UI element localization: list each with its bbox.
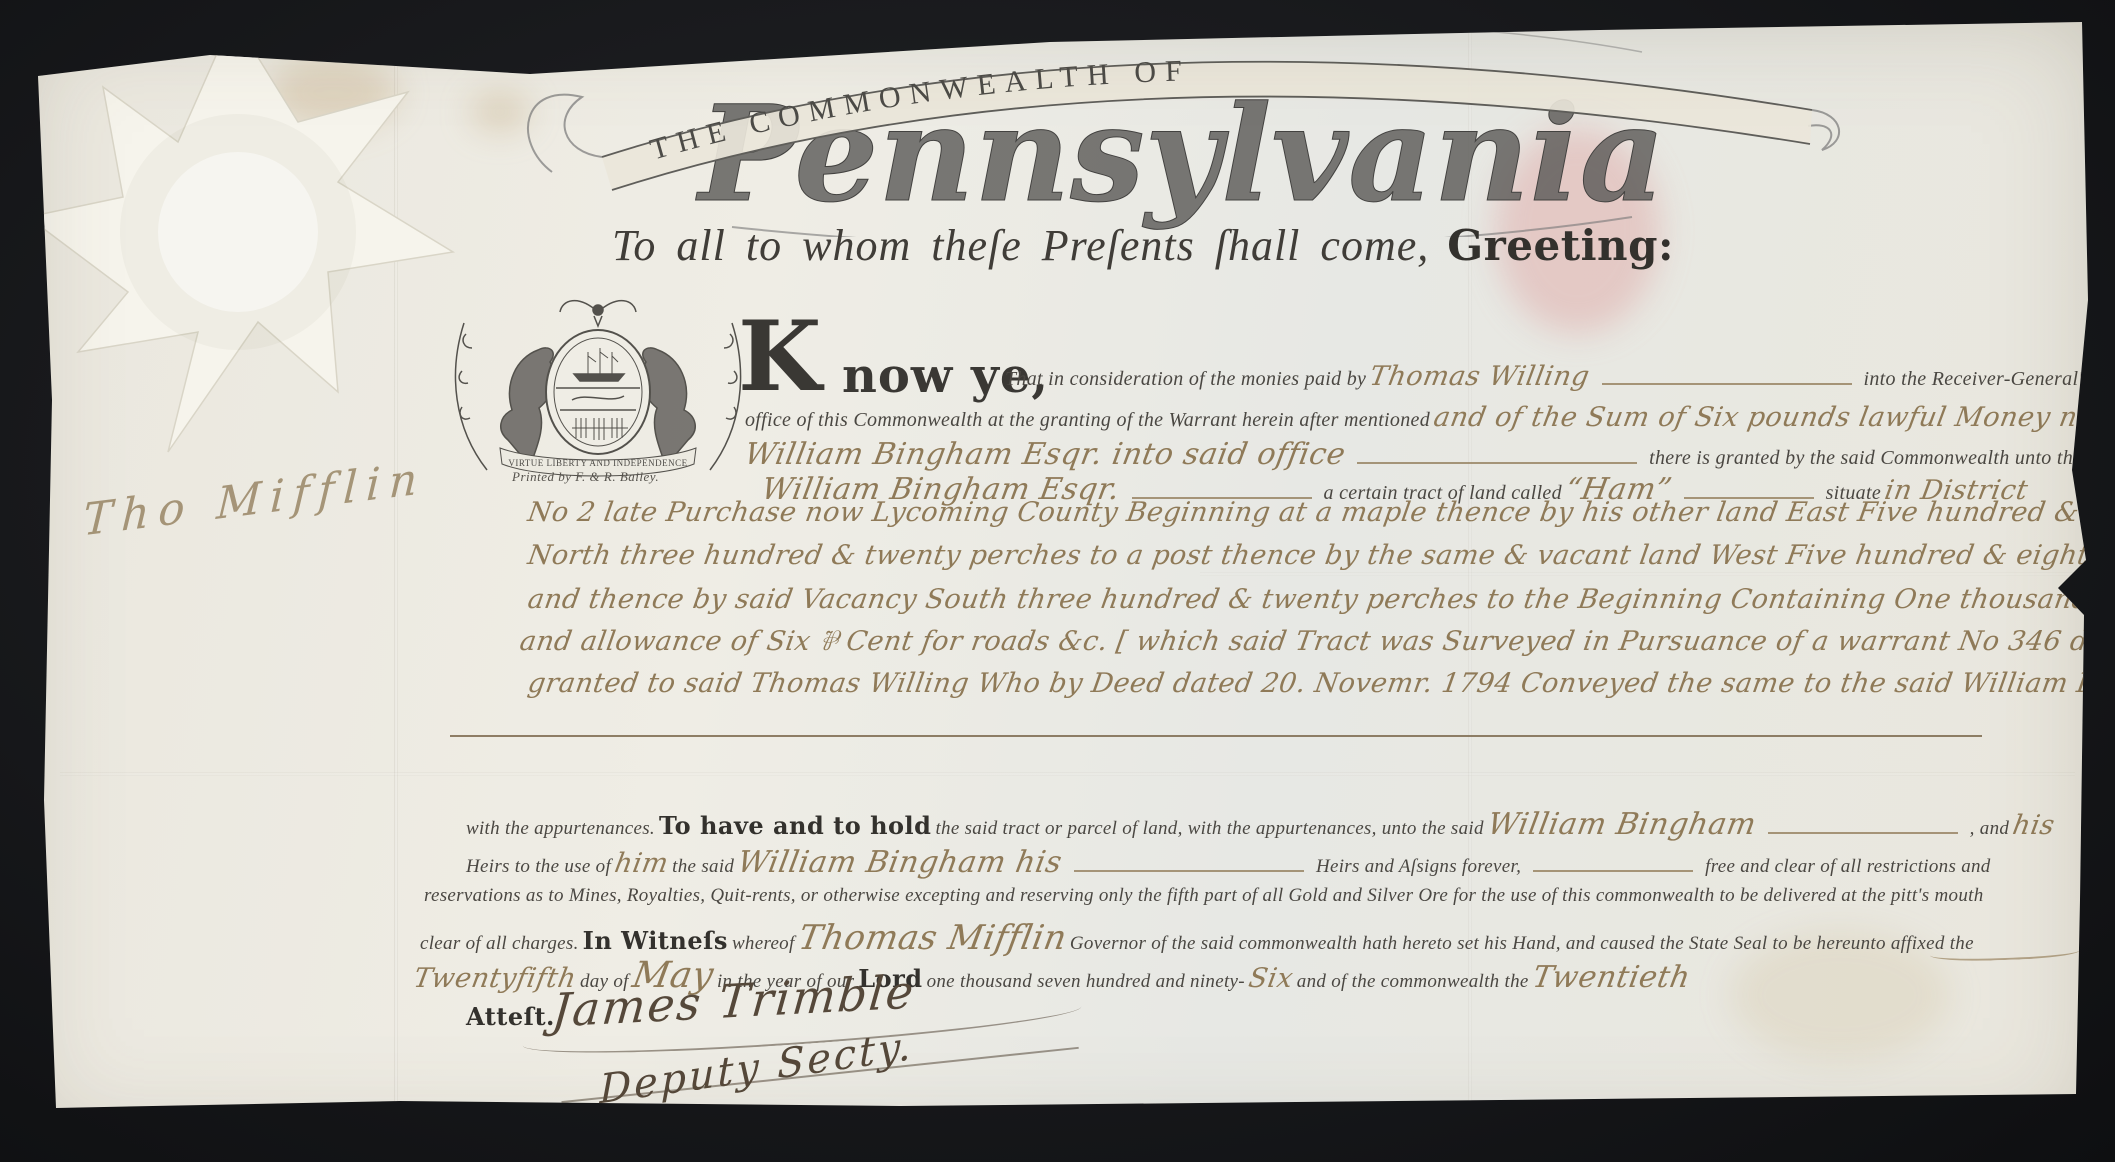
salutation-line: To all to whom theſe Preſents ſhall come…	[612, 218, 1674, 273]
coat-of-arms-engraving: VIRTUE LIBERTY AND INDEPENDENCE	[442, 288, 754, 486]
description-line: granted to said Thomas Willing Who by De…	[526, 669, 2115, 699]
grantee-name: William Bingham his	[735, 846, 1065, 879]
habendum-printed: , and	[1970, 818, 2010, 839]
payer-name: Thomas Willing	[1368, 362, 1593, 392]
habendum-printed: with the appurtenances.	[466, 818, 655, 839]
shield	[546, 330, 650, 454]
grant-printed-text: office of this Commonwealth at the grant…	[745, 409, 1430, 431]
grantee-name: William Bingham	[1485, 808, 1759, 841]
branch-left	[455, 323, 487, 470]
habendum-hand: his	[2011, 811, 2058, 841]
governor-name: Thomas Mifflin	[795, 920, 1069, 957]
attest-label: Atteſt.	[466, 1002, 555, 1031]
parchment-document: Tho Mifflin Pennsylvania THE COMMONWEALT…	[0, 0, 2115, 1162]
salutation-text: To all to whom theſe Preſents ſhall come…	[612, 221, 1429, 270]
fold-crease	[60, 772, 2075, 776]
grant-printed-text: That in consideration of the monies paid…	[1005, 368, 1366, 390]
habendum-printed: and of the commonwealth the	[1297, 971, 1529, 992]
habendum-hand: him	[612, 849, 670, 879]
fold-crease	[1200, 572, 2075, 576]
habendum-line-4: clear of all charges. In Witneſs whereof…	[420, 920, 1974, 957]
in-witness: In Witneſs	[583, 926, 728, 955]
blank-rule	[1533, 856, 1693, 872]
habendum-printed: one thousand seven hundred and ninety-	[927, 971, 1245, 992]
habendum-printed: the said tract or parcel of land, with t…	[935, 818, 1483, 839]
to-have-and-to-hold: To have and to hold	[659, 811, 931, 840]
description-line: No 2 late Purchase now Lycoming County B…	[526, 498, 2115, 528]
separator-rule	[450, 735, 1982, 737]
habendum-printed: reservations as to Mines, Royalties, Qui…	[424, 885, 1984, 906]
grant-printed-text: there is granted by the said Commonwealt…	[1649, 447, 2115, 469]
habendum-printed: clear of all charges.	[420, 933, 579, 954]
habendum-printed: Governor of the said commonwealth hath h…	[1070, 933, 1974, 954]
branch-right	[710, 323, 741, 470]
flourish	[528, 95, 602, 172]
commonwealth-year: Twentieth	[1530, 961, 1693, 994]
year-word: Six	[1246, 964, 1295, 994]
blank-rule	[1768, 818, 1958, 834]
masthead-engraving: Pennsylvania THE COMMONWEALTH OF	[492, 22, 1852, 237]
grant-line-2: office of this Commonwealth at the grant…	[745, 403, 2115, 433]
habendum-printed: free and clear of all restrictions and	[1705, 856, 1990, 877]
habendum-printed: whereof	[732, 933, 795, 954]
motto-text: VIRTUE LIBERTY AND INDEPENDENCE	[508, 458, 687, 468]
knowye-initial: K	[738, 314, 821, 400]
grant-line-1: That in consideration of the monies paid…	[1005, 362, 2091, 392]
blank-rule	[1357, 448, 1637, 464]
consideration-sum: and of the Sum of Six pounds lawful Mone…	[1431, 403, 2115, 433]
grantee-name: William Bingham Esqr. into said office	[742, 438, 1348, 471]
blank-rule	[1602, 369, 1852, 385]
eagle-icon	[560, 301, 636, 326]
habendum-line-2: Heirs to the use of him the said William…	[466, 846, 1991, 879]
attest-label-row: Atteſt.	[466, 1002, 555, 1031]
greeting-text: Greeting:	[1447, 221, 1674, 270]
description-line: and allowance of Six ⅌ Cent for roads &c…	[518, 627, 2115, 657]
blank-rule	[1074, 856, 1304, 872]
grant-line-3: William Bingham Esqr. into said office t…	[745, 438, 2115, 471]
habendum-printed: Heirs to the use of	[466, 856, 611, 877]
habendum-line-3: reservations as to Mines, Royalties, Qui…	[424, 884, 1984, 908]
description-line: and thence by said Vacancy South three h…	[526, 585, 2115, 615]
printer-credit: Printed by F. & R. Bailey.	[512, 470, 659, 483]
desk-background: Tho Mifflin Pennsylvania THE COMMONWEALT…	[0, 0, 2115, 1162]
paper-star-seal	[8, 2, 468, 472]
habendum-printed: Heirs and Aſsigns forever,	[1316, 856, 1521, 877]
habendum-printed: the said	[672, 856, 734, 877]
grant-printed-text: into the Receiver-General's	[1864, 368, 2091, 390]
description-line: North three hundred & twenty perches to …	[526, 541, 2115, 571]
habendum-line-1: with the appurtenances. To have and to h…	[466, 808, 2055, 841]
